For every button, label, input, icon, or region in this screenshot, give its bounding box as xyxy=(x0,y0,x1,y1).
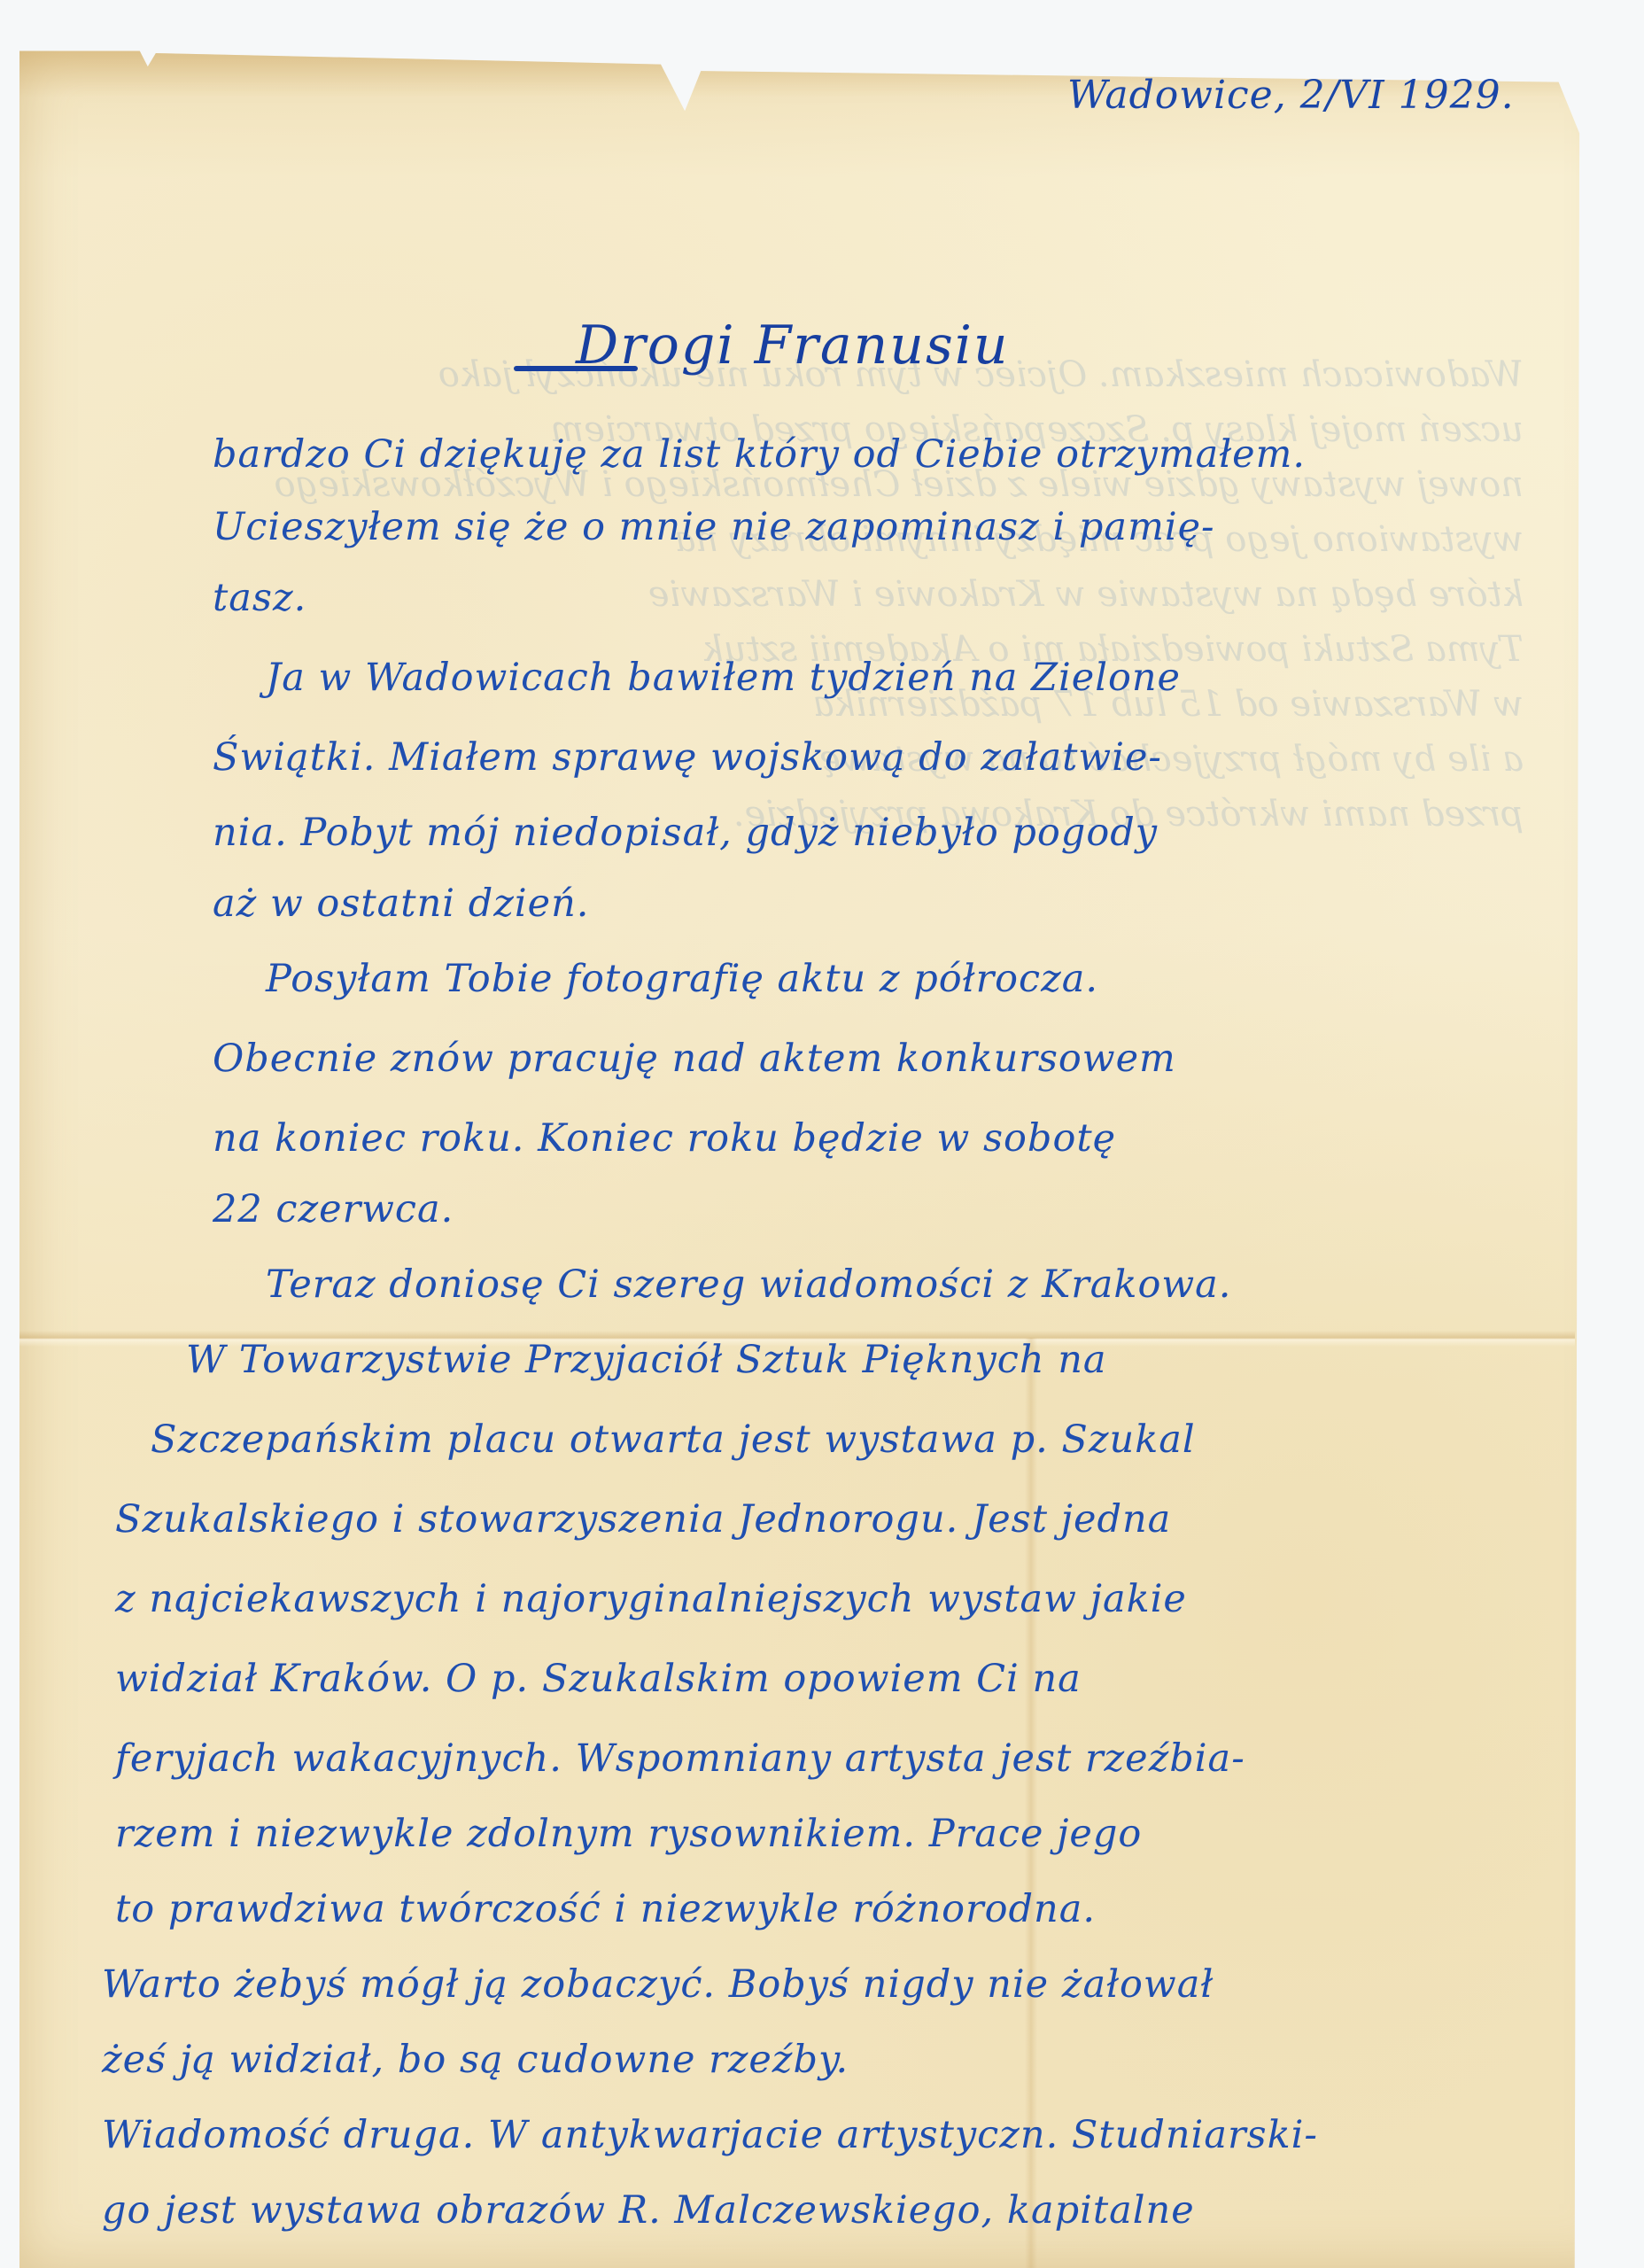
letter-line: Posyłam Tobie fotografię aktu z półrocza… xyxy=(266,957,1098,1001)
letter-line: Obecnie znów pracuję nad aktem konkursow… xyxy=(213,1037,1176,1081)
letter-line: tasz. xyxy=(213,576,306,620)
letter-line: feryjach wakacyjnych. Wspomniany artysta… xyxy=(115,1736,1245,1781)
letter-line: widział Kraków. O p. Szukalskim opowiem … xyxy=(115,1657,1082,1701)
letter-line: nia. Pobyt mój niedopisał, gdyż niebyło … xyxy=(213,811,1158,855)
letter-line: rzem i niezwykle zdolnym rysownikiem. Pr… xyxy=(115,1812,1142,1856)
place-and-date: Wadowice, 2/VI 1929. xyxy=(1067,73,1515,118)
letter-line: Teraz doniosę Ci szereg wiadomości z Kra… xyxy=(266,1262,1231,1307)
letter-line: Warto żebyś mógł ją zobaczyć. Bobyś nigd… xyxy=(102,1962,1214,2007)
letter-line: na koniec roku. Koniec roku będzie w sob… xyxy=(213,1116,1116,1161)
letter-line: to prawdziwa twórczość i niezwykle różno… xyxy=(115,1887,1096,1931)
letter-line: Świątki. Miałem sprawę wojskową do załat… xyxy=(213,735,1162,780)
letter-line: Ucieszyłem się że o mnie nie zapominasz … xyxy=(213,505,1215,549)
letter-line: Ja w Wadowicach bawiłem tydzień na Zielo… xyxy=(266,656,1181,700)
salutation: Drogi Franusiu xyxy=(576,315,1010,377)
letter-line: z najciekawszych i najoryginalniejszych … xyxy=(115,1577,1187,1621)
letter-line: aż w ostatni dzień. xyxy=(213,882,589,926)
letter-line: Wiadomość druga. W antykwarjacie artysty… xyxy=(102,2113,1318,2157)
letter-line: Szukalskiego i stowarzyszenia Jednorogu.… xyxy=(115,1497,1171,1542)
letter-line: W Towarzystwie Przyjaciół Sztuk Pięknych… xyxy=(186,1338,1107,1382)
letter-line: bardzo Ci dziękuję za list który od Cieb… xyxy=(213,432,1306,477)
letter-line: 22 czerwca. xyxy=(213,1187,454,1231)
letter-line: go jest wystawa obrazów R. Malczewskiego… xyxy=(102,2188,1195,2233)
letter-line: żeś ją widział, bo są cudowne rzeźby. xyxy=(102,2038,849,2082)
letter-line: Szczepańskim placu otwarta jest wystawa … xyxy=(151,1417,1196,1462)
